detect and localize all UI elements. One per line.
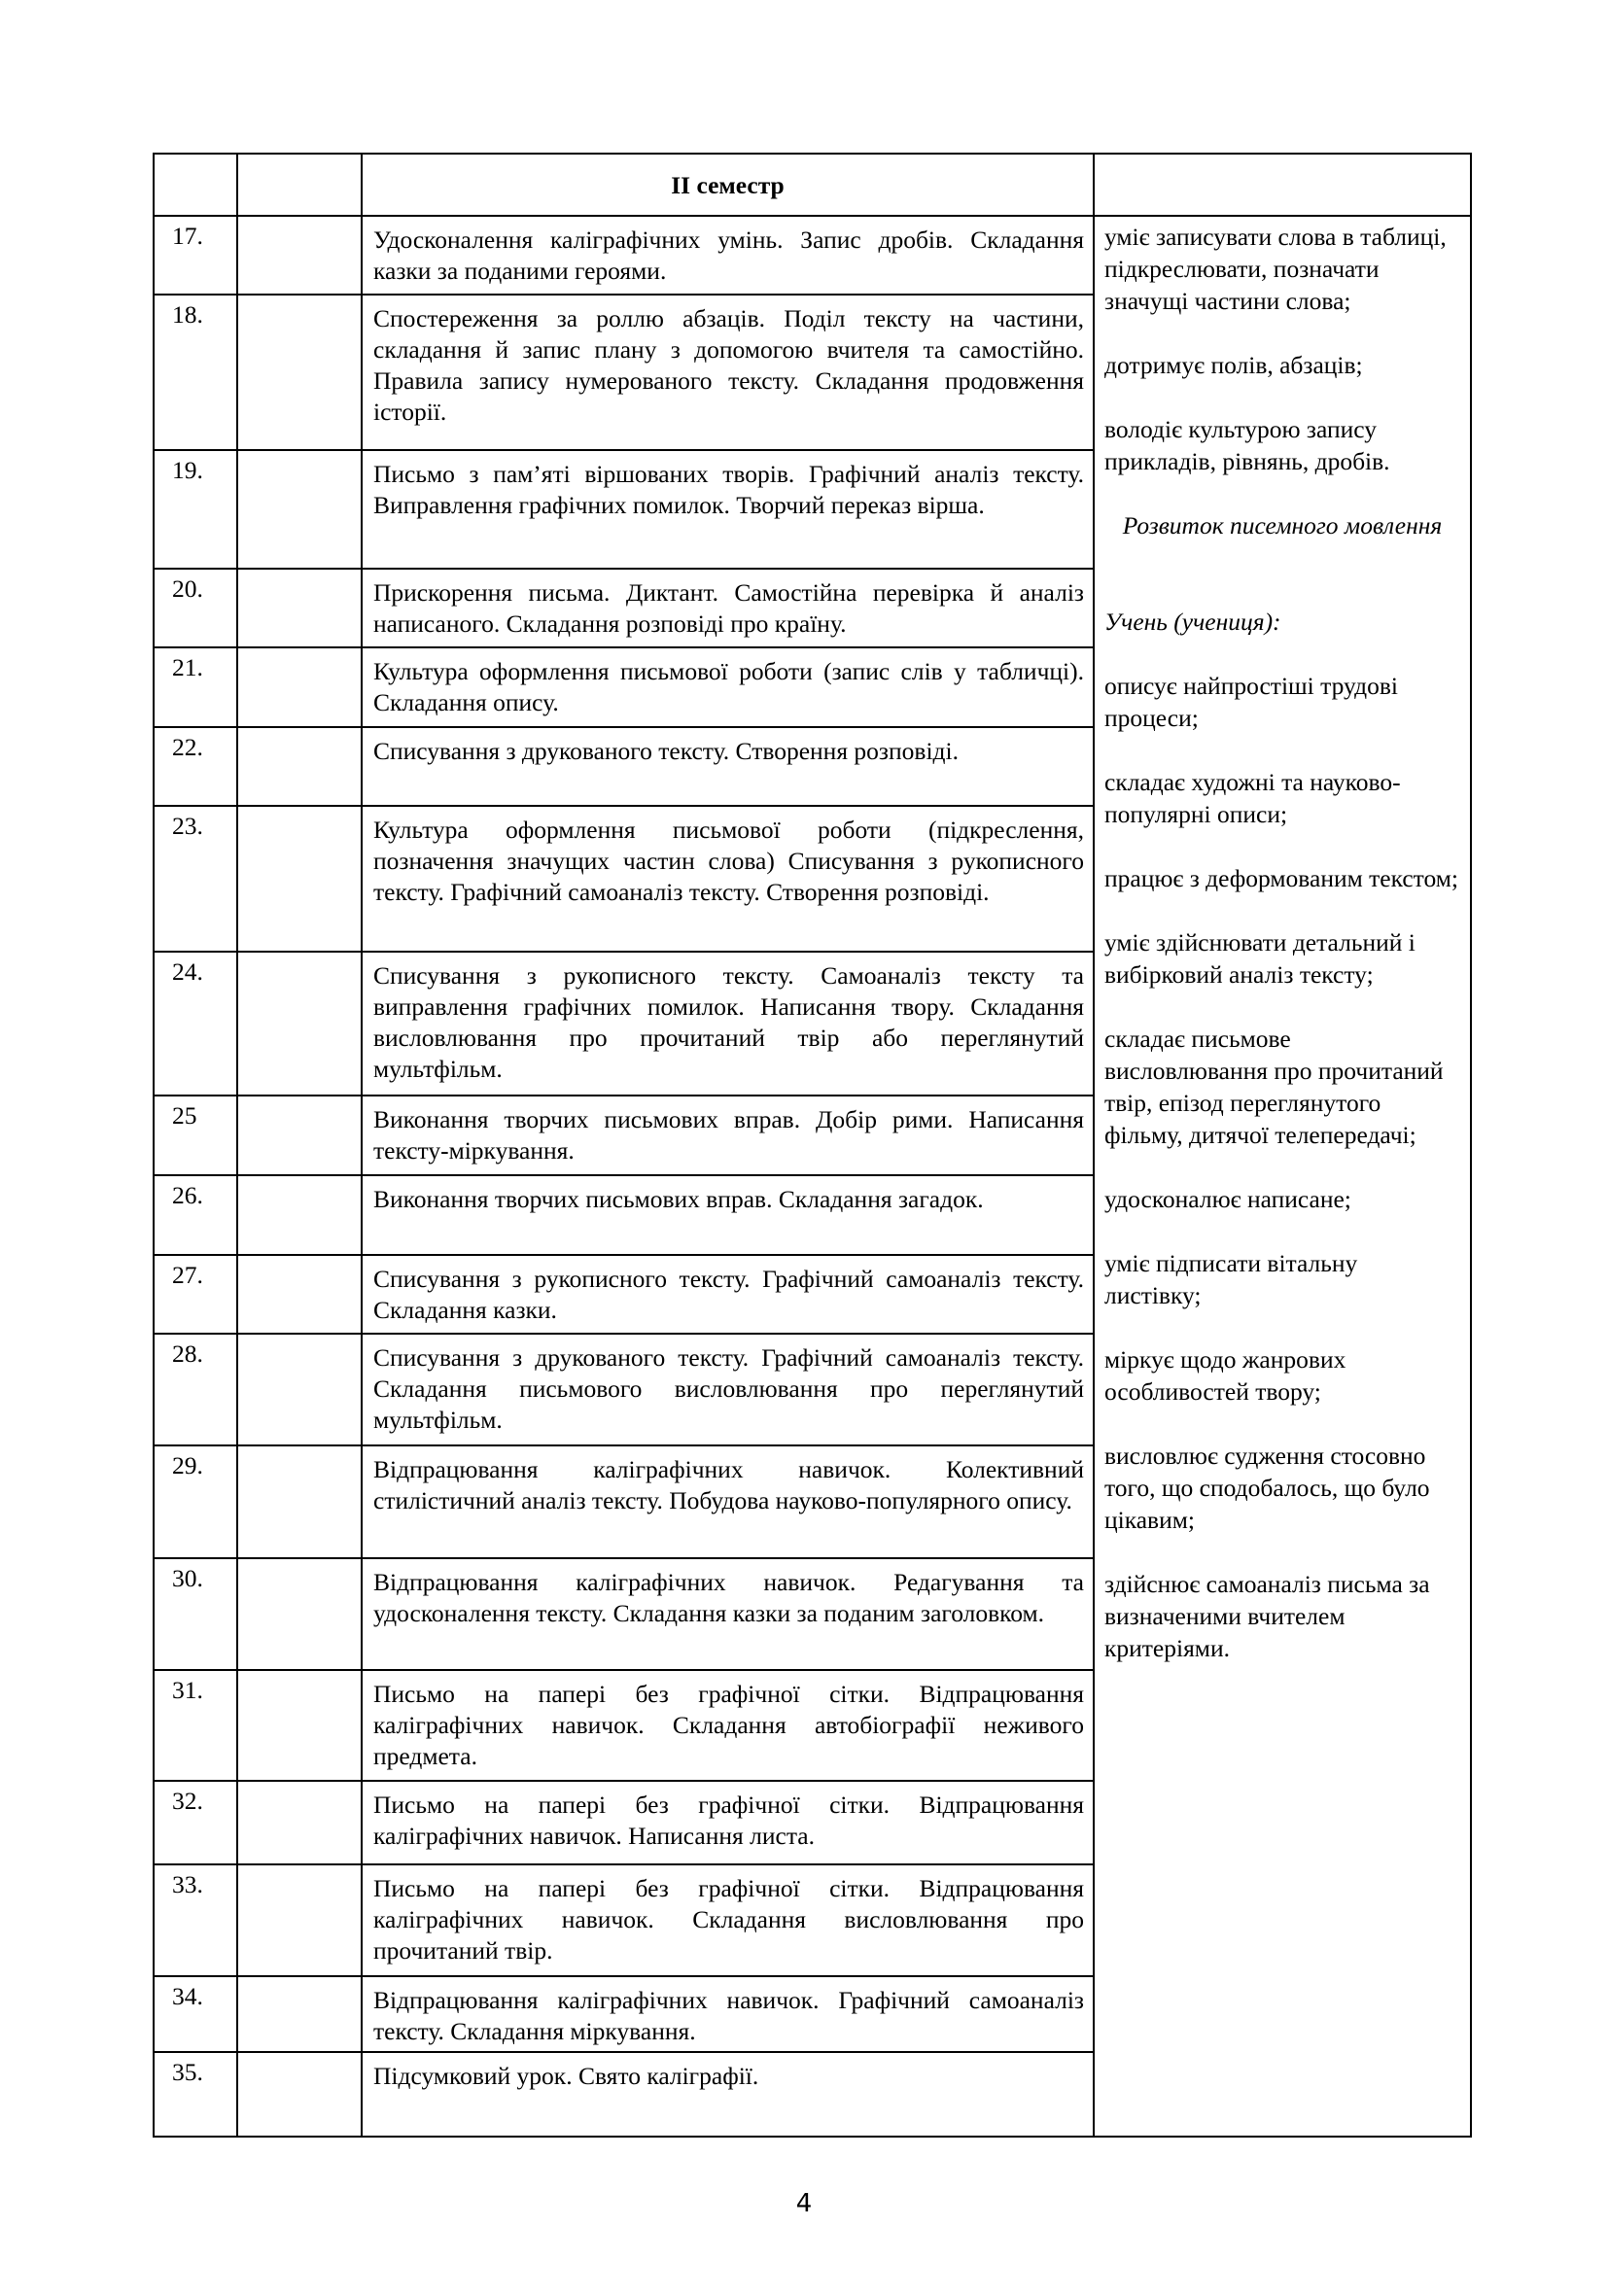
lesson-hours [237,1334,362,1445]
lesson-content: Списування з друкованого тексту. Графічн… [362,1334,1094,1445]
lesson-hours [237,727,362,806]
requirement-item: здійснює самоаналіз письма за визначеним… [1104,1568,1460,1664]
lesson-number: 17. [154,216,237,295]
semester-title: II семестр [362,154,1094,216]
lesson-content: Письмо з пам’яті віршованих творів. Граф… [362,450,1094,569]
lesson-number: 21. [154,647,237,727]
requirement-item: складає письмове висловлювання про прочи… [1104,1023,1460,1151]
page-number: 4 [0,2189,1608,2218]
requirement-item: володіє культурою запису прикладів, рівн… [1104,413,1460,477]
requirement-item: уміє підписати вітальну листівку; [1104,1247,1460,1311]
semester-header-row: II семестр [154,154,1471,216]
lesson-hours [237,1096,362,1175]
lesson-hours [237,295,362,450]
requirement-item: міркує щодо жанрових особливостей твору; [1104,1343,1460,1408]
lesson-hours [237,1976,362,2052]
curriculum-table: II семестр 17.Удосконалення каліграфічни… [153,153,1472,2138]
header-num-cell [154,154,237,216]
lesson-content: Виконання творчих письмових вправ. Склад… [362,1175,1094,1255]
lesson-hours [237,952,362,1096]
header-requirements-cell [1094,154,1471,216]
lesson-content: Письмо на папері без графічної сітки. Ві… [362,1781,1094,1864]
lesson-hours [237,1175,362,1255]
lesson-content: Відпрацювання каліграфічних навичок. Кол… [362,1445,1094,1558]
lesson-number: 19. [154,450,237,569]
lesson-number: 30. [154,1558,237,1670]
lesson-number: 33. [154,1864,237,1976]
lesson-hours [237,1255,362,1334]
lesson-number: 32. [154,1781,237,1864]
requirement-item: уміє записувати слова в таблиці, підкрес… [1104,221,1460,317]
lesson-number: 24. [154,952,237,1096]
lesson-hours [237,1445,362,1558]
requirements-subheading: Учень (учениця): [1104,606,1460,638]
requirement-item: працює з деформованим текстом; [1104,862,1460,894]
requirement-item: описує найпростіші трудові процеси; [1104,670,1460,734]
requirement-item: складає художні та науково-популярні опи… [1104,766,1460,830]
lesson-number: 26. [154,1175,237,1255]
lesson-number: 29. [154,1445,237,1558]
lesson-number: 35. [154,2052,237,2137]
lesson-number: 23. [154,806,237,952]
lesson-number: 20. [154,569,237,647]
lesson-content: Письмо на папері без графічної сітки. Ві… [362,1864,1094,1976]
lesson-hours [237,1864,362,1976]
lesson-number: 31. [154,1670,237,1781]
lesson-hours [237,806,362,952]
table-row: 17.Удосконалення каліграфічних умінь. За… [154,216,1471,295]
lesson-hours [237,216,362,295]
lesson-number: 22. [154,727,237,806]
lesson-content: Списування з рукописного тексту. Самоана… [362,952,1094,1096]
lesson-content: Культура оформлення письмової роботи (пі… [362,806,1094,952]
lesson-content: Культура оформлення письмової роботи (за… [362,647,1094,727]
lesson-content: Відпрацювання каліграфічних навичок. Гра… [362,1976,1094,2052]
lesson-content: Удосконалення каліграфічних умінь. Запис… [362,216,1094,295]
requirements-column: уміє записувати слова в таблиці, підкрес… [1094,216,1471,2137]
lesson-content: Прискорення письма. Диктант. Самостійна … [362,569,1094,647]
requirements-section-heading: Розвиток писемного мовлення [1104,509,1460,541]
lesson-number: 18. [154,295,237,450]
lesson-hours [237,1670,362,1781]
requirement-item: дотримує полів, абзаців; [1104,349,1460,381]
lesson-number: 27. [154,1255,237,1334]
requirement-item: висловлює судження стосовно того, що спо… [1104,1440,1460,1536]
lesson-content: Відпрацювання каліграфічних навичок. Ред… [362,1558,1094,1670]
lesson-hours [237,1781,362,1864]
lesson-hours [237,647,362,727]
lesson-content: Спостереження за роллю абзаців. Поділ те… [362,295,1094,450]
lesson-content: Підсумковий урок. Свято каліграфії. [362,2052,1094,2137]
lesson-hours [237,2052,362,2137]
lesson-content: Списування з друкованого тексту. Створен… [362,727,1094,806]
lesson-number: 34. [154,1976,237,2052]
lesson-content: Письмо на папері без графічної сітки. Ві… [362,1670,1094,1781]
lesson-content: Виконання творчих письмових вправ. Добір… [362,1096,1094,1175]
curriculum-table-body: II семестр 17.Удосконалення каліграфічни… [154,154,1471,2137]
requirement-item: удосконалює написане; [1104,1183,1460,1215]
lesson-hours [237,569,362,647]
lesson-hours [237,450,362,569]
header-hours-cell [237,154,362,216]
lesson-number: 28. [154,1334,237,1445]
lesson-hours [237,1558,362,1670]
lesson-content: Списування з рукописного тексту. Графічн… [362,1255,1094,1334]
requirement-item: уміє здійснювати детальний і вибірковий … [1104,926,1460,991]
lesson-number: 25 [154,1096,237,1175]
